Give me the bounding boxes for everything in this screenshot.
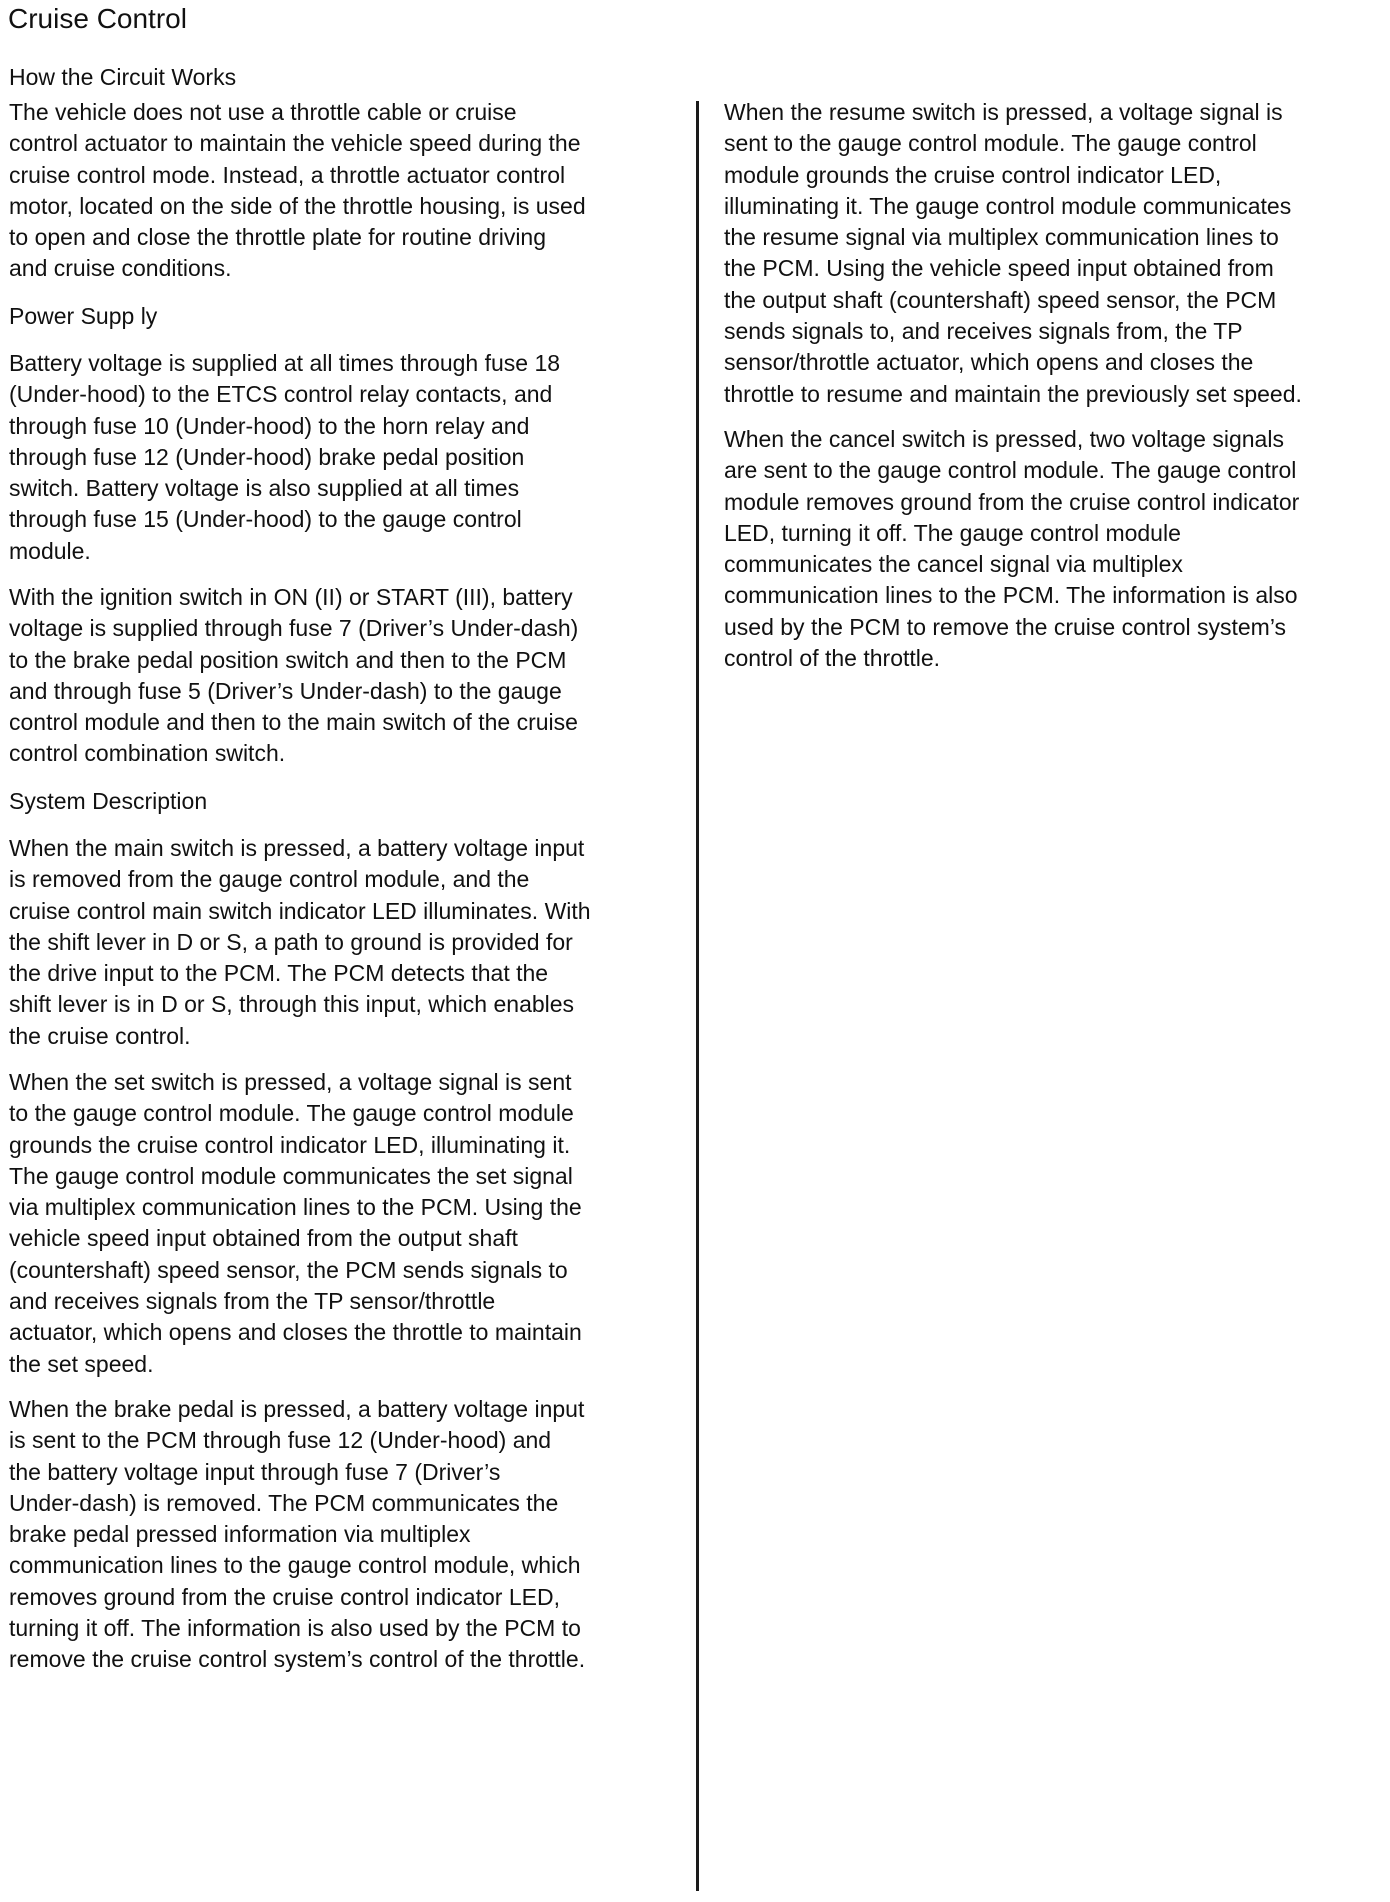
text-line: and through fuse 5 (Driver’s Under-dash)… — [9, 676, 578, 707]
text-line: to the gauge control module. The gauge c… — [9, 1098, 582, 1129]
paragraph-ignition-supply: With the ignition switch in ON (II) or S… — [9, 582, 578, 770]
text-line: the shift lever in D or S, a path to gro… — [9, 927, 591, 958]
text-line: (countershaft) speed sensor, the PCM sen… — [9, 1255, 582, 1286]
paragraph-brake-pedal: When the brake pedal is pressed, a batte… — [9, 1394, 585, 1676]
text-line: sent to the gauge control module. The ga… — [724, 128, 1302, 159]
text-line: the output shaft (countershaft) speed se… — [724, 285, 1302, 316]
text-line: The vehicle does not use a throttle cabl… — [9, 97, 586, 128]
text-line: and cruise conditions. — [9, 253, 586, 284]
text-line: turning it off. The information is also … — [9, 1613, 585, 1644]
text-line: When the cancel switch is pressed, two v… — [724, 424, 1299, 455]
text-line: the set speed. — [9, 1349, 582, 1380]
text-line: motor, located on the side of the thrott… — [9, 191, 586, 222]
text-line: LED, turning it off. The gauge control m… — [724, 518, 1299, 549]
paragraph-battery-supply: Battery voltage is supplied at all times… — [9, 348, 560, 567]
text-line: cruise control mode. Instead, a throttle… — [9, 160, 586, 191]
text-line: the battery voltage input through fuse 7… — [9, 1457, 585, 1488]
text-line: is removed from the gauge control module… — [9, 864, 591, 895]
paragraph-intro: The vehicle does not use a throttle cabl… — [9, 97, 586, 285]
text-line: switch. Battery voltage is also supplied… — [9, 473, 560, 504]
text-line: the drive input to the PCM. The PCM dete… — [9, 958, 591, 989]
text-line: control of the throttle. — [724, 643, 1299, 674]
text-line: When the brake pedal is pressed, a batte… — [9, 1394, 585, 1425]
paragraph-main-switch: When the main switch is pressed, a batte… — [9, 833, 591, 1052]
text-line: voltage is supplied through fuse 7 (Driv… — [9, 613, 578, 644]
text-line: vehicle speed input obtained from the ou… — [9, 1223, 582, 1254]
text-line: the resume signal via multiplex communic… — [724, 222, 1302, 253]
text-line: When the resume switch is pressed, a vol… — [724, 97, 1302, 128]
paragraph-cancel-switch: When the cancel switch is pressed, two v… — [724, 424, 1299, 674]
section-heading-how-circuit-works: How the Circuit Works — [9, 62, 236, 93]
text-line: The gauge control module communicates th… — [9, 1161, 582, 1192]
text-line: control actuator to maintain the vehicle… — [9, 128, 586, 159]
text-line: remove the cruise control system’s contr… — [9, 1644, 585, 1675]
text-line: through fuse 15 (Under-hood) to the gaug… — [9, 504, 560, 535]
text-line: through fuse 10 (Under-hood) to the horn… — [9, 411, 560, 442]
text-line: module. — [9, 536, 560, 567]
text-line: communication lines to the PCM. The info… — [724, 580, 1299, 611]
text-line: illuminating it. The gauge control modul… — [724, 191, 1302, 222]
text-line: removes ground from the cruise control i… — [9, 1582, 585, 1613]
text-line: Under-dash) is removed. The PCM communic… — [9, 1488, 585, 1519]
text-line: through fuse 12 (Under-hood) brake pedal… — [9, 442, 560, 473]
paragraph-resume-switch: When the resume switch is pressed, a vol… — [724, 97, 1302, 410]
section-heading-power-supply: Power Supp ly — [9, 301, 157, 332]
text-line: module removes ground from the cruise co… — [724, 487, 1299, 518]
text-line: Battery voltage is supplied at all times… — [9, 348, 560, 379]
text-line: throttle to resume and maintain the prev… — [724, 379, 1302, 410]
text-line: With the ignition switch in ON (II) or S… — [9, 582, 578, 613]
text-line: and receives signals from the TP sensor/… — [9, 1286, 582, 1317]
text-line: communicates the cancel signal via multi… — [724, 549, 1299, 580]
text-line: grounds the cruise control indicator LED… — [9, 1130, 582, 1161]
text-line: When the main switch is pressed, a batte… — [9, 833, 591, 864]
text-line: control module and then to the main swit… — [9, 707, 578, 738]
text-line: to open and close the throttle plate for… — [9, 222, 586, 253]
text-line: communication lines to the gauge control… — [9, 1550, 585, 1581]
text-line: shift lever is in D or S, through this i… — [9, 989, 591, 1020]
text-line: control combination switch. — [9, 738, 578, 769]
text-line: used by the PCM to remove the cruise con… — [724, 612, 1299, 643]
text-line: sensor/throttle actuator, which opens an… — [724, 347, 1302, 378]
text-line: sends signals to, and receives signals f… — [724, 316, 1302, 347]
column-divider — [696, 101, 699, 1891]
text-line: brake pedal pressed information via mult… — [9, 1519, 585, 1550]
text-line: When the set switch is pressed, a voltag… — [9, 1067, 582, 1098]
text-line: (Under-hood) to the ETCS control relay c… — [9, 379, 560, 410]
page-title: Cruise Control — [8, 1, 187, 37]
text-line: are sent to the gauge control module. Th… — [724, 455, 1299, 486]
text-line: actuator, which opens and closes the thr… — [9, 1317, 582, 1348]
text-line: cruise control main switch indicator LED… — [9, 896, 591, 927]
paragraph-set-switch: When the set switch is pressed, a voltag… — [9, 1067, 582, 1380]
text-line: module grounds the cruise control indica… — [724, 160, 1302, 191]
section-heading-system-description: System Description — [9, 786, 207, 817]
text-line: the PCM. Using the vehicle speed input o… — [724, 253, 1302, 284]
text-line: via multiplex communication lines to the… — [9, 1192, 582, 1223]
text-line: the cruise control. — [9, 1021, 591, 1052]
text-line: to the brake pedal position switch and t… — [9, 645, 578, 676]
text-line: is sent to the PCM through fuse 12 (Unde… — [9, 1425, 585, 1456]
